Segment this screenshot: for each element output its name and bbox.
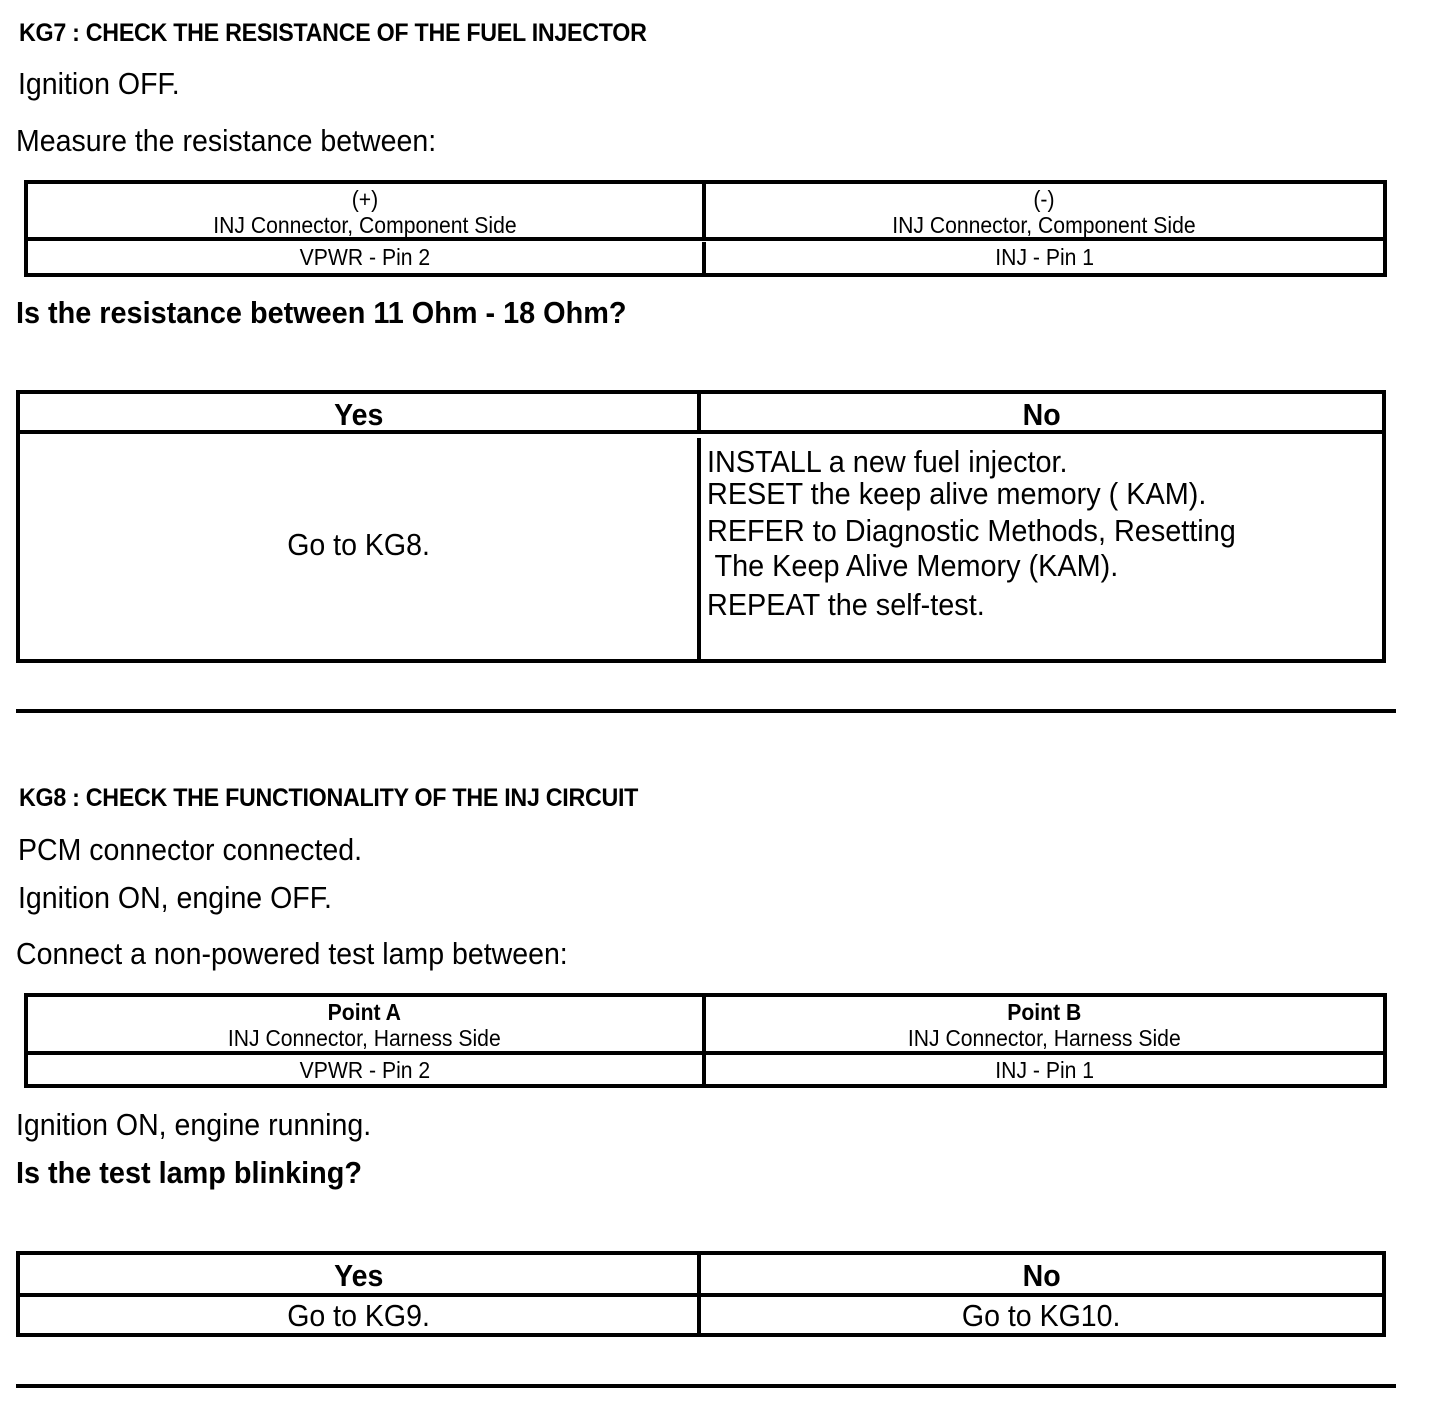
instruction-pcm-connected: PCM connector connected.	[18, 832, 362, 868]
measurement-header-negative: (-) INJ Connector, Component Side	[706, 184, 1384, 241]
polarity-label: (+)	[213, 186, 516, 212]
point-label: Point B	[908, 999, 1181, 1025]
instruction-ignition-off: Ignition OFF.	[18, 66, 180, 102]
measurement-pin-point-a: VPWR - Pin 2	[28, 1055, 706, 1086]
instruction-connect-test-lamp: Connect a non-powered test lamp between:	[16, 936, 568, 972]
decision-yes-action: Go to KG9.	[20, 1297, 701, 1335]
question-kg7: Is the resistance between 11 Ohm - 18 Oh…	[16, 295, 626, 331]
step-title-kg8: KG8 : CHECK THE FUNCTIONALITY OF THE INJ…	[19, 784, 638, 813]
decision-header-yes: Yes	[20, 1255, 701, 1297]
decision-header-no: No	[701, 394, 1382, 434]
instruction-measure-resistance: Measure the resistance between:	[16, 123, 436, 159]
no-action-item: RESET the keep alive memory ( KAM).	[707, 476, 1335, 511]
connector-location: INJ Connector, Component Side	[893, 212, 1196, 238]
step-title-kg7: KG7 : CHECK THE RESISTANCE OF THE FUEL I…	[19, 19, 647, 48]
no-action-item: REFER to Diagnostic Methods, Resetting	[707, 513, 1335, 548]
decision-table-kg8: Yes No Go to KG9. Go to KG10.	[16, 1251, 1386, 1337]
decision-table-kg7: Yes No Go to KG8. INSTALL a new fuel inj…	[16, 390, 1386, 663]
question-kg8: Is the test lamp blinking?	[16, 1155, 362, 1191]
instruction-engine-running: Ignition ON, engine running.	[16, 1107, 371, 1143]
measurement-pin-point-b: INJ - Pin 1	[706, 1055, 1384, 1086]
measurement-header-point-a: Point A INJ Connector, Harness Side	[28, 997, 706, 1055]
decision-no-actions: INSTALL a new fuel injector. RESET the k…	[701, 438, 1382, 659]
decision-header-yes: Yes	[20, 394, 701, 434]
decision-no-action: Go to KG10.	[701, 1297, 1382, 1335]
decision-yes-action: Go to KG8.	[20, 438, 701, 659]
section-divider	[16, 709, 1396, 713]
no-action-item: INSTALL a new fuel injector.	[707, 444, 1335, 479]
connector-location: INJ Connector, Harness Side	[908, 1025, 1181, 1051]
connector-location: INJ Connector, Harness Side	[228, 1025, 501, 1051]
point-label: Point A	[228, 999, 501, 1025]
decision-header-no: No	[701, 1255, 1382, 1297]
measurement-header-point-b: Point B INJ Connector, Harness Side	[706, 997, 1384, 1055]
instruction-ignition-on-engine-off: Ignition ON, engine OFF.	[18, 880, 332, 916]
no-action-item: REPEAT the self-test.	[707, 587, 1335, 622]
section-divider	[16, 1384, 1396, 1388]
measurement-header-positive: (+) INJ Connector, Component Side	[28, 184, 706, 241]
measurement-pin-negative: INJ - Pin 1	[706, 242, 1384, 273]
measurement-table-kg8: Point A INJ Connector, Harness Side Poin…	[24, 993, 1387, 1088]
measurement-table-kg7: (+) INJ Connector, Component Side (-) IN…	[24, 180, 1387, 277]
connector-location: INJ Connector, Component Side	[213, 212, 516, 238]
no-action-item: The Keep Alive Memory (KAM).	[707, 548, 1335, 583]
polarity-label: (-)	[893, 186, 1196, 212]
measurement-pin-positive: VPWR - Pin 2	[28, 242, 706, 273]
